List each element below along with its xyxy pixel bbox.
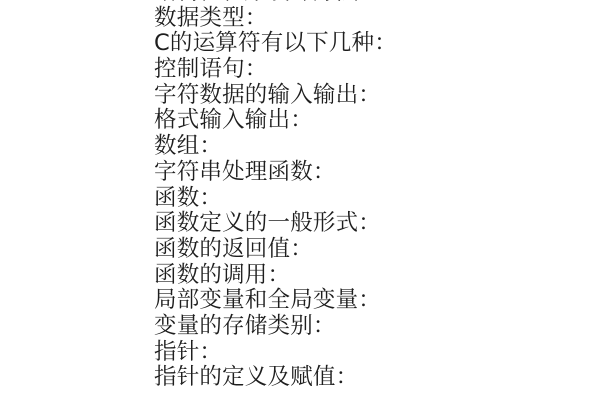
- topic-line: 字符串处理函数：: [154, 160, 397, 186]
- topic-list: 结构化程序设计方法： 数据类型： C的运算符有以下几种： 控制语句： 字符数据的…: [154, 0, 397, 391]
- topic-line: 变量的存储类别：: [154, 314, 397, 340]
- topic-line: 函数：: [154, 186, 397, 212]
- topic-line: 指针：: [154, 340, 397, 366]
- topic-line: 数据类型：: [154, 6, 397, 32]
- topic-line: 字符数据的输入输出：: [154, 83, 397, 109]
- topic-line: 函数的调用：: [154, 263, 397, 289]
- topic-line: C的运算符有以下几种：: [154, 31, 397, 57]
- topic-line: 格式输入输出：: [154, 108, 397, 134]
- topic-line: 数组：: [154, 134, 397, 160]
- topic-line: 指针的定义及赋值：: [154, 365, 397, 391]
- topic-line: 局部变量和全局变量：: [154, 288, 397, 314]
- topic-line: 函数的返回值：: [154, 237, 397, 263]
- topic-line: 函数定义的一般形式：: [154, 211, 397, 237]
- topic-line: 控制语句：: [154, 57, 397, 83]
